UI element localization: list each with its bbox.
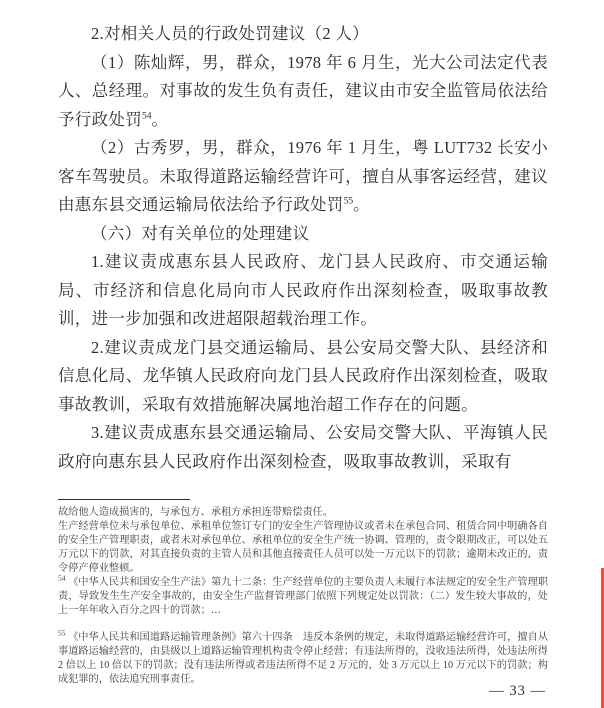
- footnote-text: 生产经营单位未与承包单位、承租单位签订专门的安全生产管理协议或者未在承包合同、租…: [58, 521, 548, 574]
- document-page: 2.对相关人员的行政处罚建议（2 人） （1）陈灿辉，男，群众，1978 年 6…: [0, 0, 604, 708]
- body-text: 2.对相关人员的行政处罚建议（2 人） （1）陈灿辉，男，群众，1978 年 6…: [58, 20, 548, 476]
- page-number: — 33 —: [489, 683, 546, 700]
- footnote-text: 《中华人民共和国道路运输管理条例》第六十四条 违反本条例的规定，未取得道路运输经…: [58, 632, 548, 685]
- body-paragraph: （1）陈灿辉，男，群众，1978 年 6 月生，光大公司法定代表人、总经理。对事…: [58, 49, 548, 135]
- paragraph-text: 。: [353, 195, 370, 214]
- footnote-item: 55 《中华人民共和国道路运输管理条例》第六十四条 违反本条例的规定，未取得道路…: [58, 631, 548, 687]
- paragraph-text: 2.建议责成龙门县交通运输局、县公安局交警大队、县经济和信息化局、龙华镇人民政府…: [58, 338, 548, 414]
- footnote-gap: [58, 618, 548, 631]
- body-paragraph: 3.建议责成惠东县交通运输局、公安局交警大队、平海镇人民政府向惠东县人民政府作出…: [58, 419, 548, 476]
- footnote-text: 《中华人民共和国安全生产法》第九十二条：生产经营单位的主要负责人未履行本法规定的…: [58, 577, 548, 616]
- body-paragraph: （2）古秀罗，男，群众，1976 年 1 月生，粤 LUT732 长安小客车驾驶…: [58, 134, 548, 220]
- footnote-marker: 54: [58, 574, 66, 583]
- footnote-separator: [58, 499, 190, 500]
- footnote-ref: 55: [344, 197, 354, 207]
- footnote-continuation: 生产经营单位未与承包单位、承租单位签订专门的安全生产管理协议或者未在承包合同、租…: [58, 520, 548, 576]
- paragraph-text: （六）对有关单位的处理建议: [91, 224, 309, 243]
- body-paragraph: 2.建议责成龙门县交通运输局、县公安局交警大队、县经济和信息化局、龙华镇人民政府…: [58, 334, 548, 420]
- paragraph-text: 3.建议责成惠东县交通运输局、公安局交警大队、平海镇人民政府向惠东县人民政府作出…: [58, 423, 548, 471]
- body-paragraph: 2.对相关人员的行政处罚建议（2 人）: [58, 20, 548, 49]
- body-paragraph: （六）对有关单位的处理建议: [58, 220, 548, 249]
- paragraph-text: 2.对相关人员的行政处罚建议（2 人）: [91, 24, 369, 43]
- footnote-item: 54 《中华人民共和国安全生产法》第九十二条：生产经营单位的主要负责人未履行本法…: [58, 576, 548, 618]
- paragraph-text: （1）陈灿辉，男，群众，1978 年 6 月生，光大公司法定代表人、总经理。对事…: [58, 53, 548, 129]
- footnote-text: 故给他人造成损害的，与承包方、承租方承担连带赔偿责任。: [58, 507, 333, 518]
- footnote-marker: 55: [58, 629, 66, 638]
- body-paragraph: 1.建议责成惠东县人民政府、龙门县人民政府、市交通运输局、市经济和信息化局向市人…: [58, 248, 548, 334]
- paragraph-text: 1.建议责成惠东县人民政府、龙门县人民政府、市交通运输局、市经济和信息化局向市人…: [58, 252, 548, 328]
- footnote-ref: 54: [142, 111, 152, 121]
- paragraph-text: （2）古秀罗，男，群众，1976 年 1 月生，粤 LUT732 长安小客车驾驶…: [58, 138, 548, 214]
- paragraph-text: 。: [152, 110, 169, 129]
- footnote-continuation: 故给他人造成损害的，与承包方、承租方承担连带赔偿责任。: [58, 506, 548, 520]
- footnotes-section: 故给他人造成损害的，与承包方、承租方承担连带赔偿责任。 生产经营单位未与承包单位…: [58, 506, 548, 687]
